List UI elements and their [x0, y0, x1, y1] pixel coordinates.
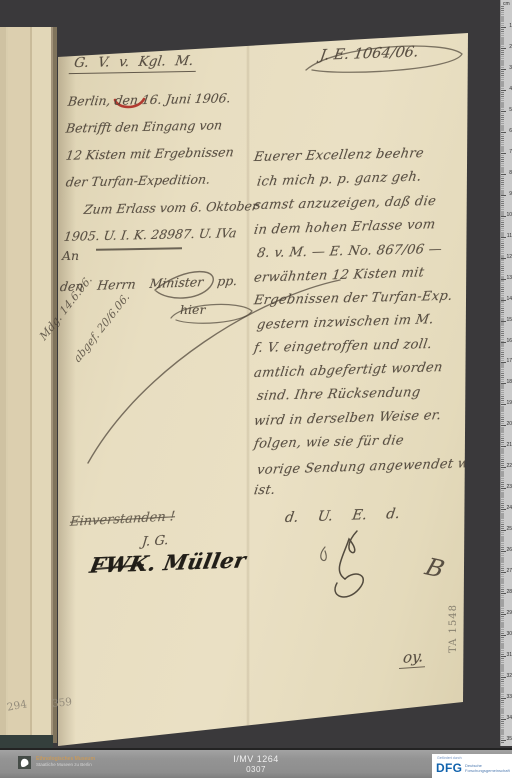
- letter-body-line: ich mich p. p. ganz geh.: [256, 169, 423, 189]
- ruler-cm-number: 18: [501, 380, 512, 385]
- ruler-cm-number: 11: [501, 234, 512, 239]
- museum-text: Ethnologisches Museum Staatliche Museen …: [36, 756, 95, 768]
- address-line-an: An: [62, 248, 79, 263]
- ruler-cm-number: 9: [501, 192, 512, 197]
- museum-org: Staatliche Museen zu Berlin: [36, 762, 95, 768]
- ruler-cm-number: 14: [501, 297, 512, 302]
- museum-logo-icon: [18, 756, 31, 769]
- ruler-cm-number: 24: [501, 506, 512, 511]
- ruler-cm-number: 31: [501, 653, 512, 658]
- letter-body-line: sind. Ihre Rücksendung: [256, 385, 422, 404]
- ruler-cm-number: 27: [501, 569, 512, 574]
- ruler-cm-number: 15: [501, 318, 512, 323]
- letter-body-line: samst anzuzeigen, daß die: [253, 194, 437, 213]
- ruler-cm-number: 6: [501, 129, 512, 134]
- left-column-line: Betrifft den Eingang von: [65, 117, 223, 135]
- ruler-cm-number: 23: [501, 485, 512, 490]
- left-column-line: Zum Erlass vom 6. Oktober: [83, 198, 259, 217]
- bottom-initial-mark: oy.: [399, 647, 427, 669]
- manuscript-page: 4 J. E. 1064/06. G. V. v. Kgl. M. Berlin…: [58, 30, 468, 746]
- pencil-folio-right: 359: [51, 696, 72, 710]
- ruler-cm-number: 33: [501, 695, 512, 700]
- letter-body-line: 8. v. M. — E. No. 867/06 —: [256, 241, 443, 260]
- ruler-cm-number: 16: [501, 339, 512, 344]
- signature: FWK. Müller: [88, 547, 249, 578]
- ruler-cm-number: 12: [501, 255, 512, 260]
- left-column-line: Berlin, den 16. Juni 1906.: [67, 90, 232, 108]
- footer-bar: Ethnologisches Museum Staatliche Museen …: [0, 748, 512, 778]
- approval-note: Einverstanden !: [69, 509, 175, 530]
- left-column-line: 1905. U. I. K. 28987. U. IVa: [63, 225, 238, 244]
- journal-reference: J. E. 1064/06.: [319, 44, 420, 64]
- letter-body-line: vorige Sendung angewendet worden: [256, 455, 510, 478]
- ruler-cm-number: 30: [501, 632, 512, 637]
- ruler-cm-number: 20: [501, 422, 512, 427]
- pencil-side-code: TA 1548: [448, 607, 459, 653]
- ruler-cm-number: 29: [501, 611, 512, 616]
- ruler-cm-number: 25: [501, 527, 512, 532]
- dfg-logo-block: Gefördert durch DFG Deutsche Forschungsg…: [432, 754, 512, 778]
- left-column-header: G. V. v. Kgl. M.: [69, 53, 199, 74]
- letter-body-line: wird in derselben Weise er.: [253, 408, 442, 429]
- book-cover-edge: [0, 735, 53, 748]
- left-column-divider: [96, 247, 182, 250]
- ruler-cm-number: 10: [501, 213, 512, 218]
- ruler-cm-number: 13: [501, 276, 512, 281]
- ruler-cm-number: 22: [501, 464, 512, 469]
- letter-body-line: gestern inzwischen im M.: [256, 312, 435, 333]
- ruler-cm-number: 4: [501, 87, 512, 92]
- ruler-cm-number: 5: [501, 108, 512, 113]
- ruler-cm-number: 3: [501, 66, 512, 71]
- dfg-org-line2: Forschungsgemeinschaft: [465, 768, 510, 773]
- letter-body-line: amtlich abgefertigt worden: [253, 360, 444, 381]
- ruler-cm-number: 7: [501, 150, 512, 155]
- ruler: cm 1234567891011121314151617181920212223…: [500, 0, 512, 746]
- ruler-cm-number: 2: [501, 45, 512, 50]
- ruler-cm-number: 17: [501, 359, 512, 364]
- pencil-page-number: 4: [245, 34, 253, 48]
- letter-body-line: Euerer Excellenz beehre: [253, 146, 425, 165]
- letter-body-line: folgen, wie sie für die: [253, 433, 405, 451]
- archival-scan-viewer: 4 J. E. 1064/06. G. V. v. Kgl. M. Berlin…: [0, 0, 512, 778]
- closing-formula: d. U. E. d.: [284, 506, 401, 526]
- museum-branding: Ethnologisches Museum Staatliche Museen …: [18, 756, 95, 769]
- letter-body-line: f. V. eingetroffen und zoll.: [253, 337, 433, 356]
- dfg-logo: DFG: [436, 761, 462, 775]
- ruler-unit-label: cm: [503, 1, 510, 7]
- ruler-cm-number: 34: [501, 716, 512, 721]
- paraph-mark: B: [422, 553, 448, 583]
- approval-initials: J. G.: [141, 533, 169, 550]
- ruler-cm-number: 26: [501, 548, 512, 553]
- letter-body-line: in dem hohen Erlasse vom: [253, 217, 436, 238]
- left-column-line: 12 Kisten mit Ergebnissen: [65, 144, 235, 163]
- shelfmark-block: I/MV 1264 0307: [156, 754, 356, 775]
- ruler-cm-number: 1: [501, 24, 512, 29]
- ruler-cm-number: 19: [501, 401, 512, 406]
- shelfmark: I/MV 1264: [156, 754, 356, 765]
- ruler-cm-number: 21: [501, 443, 512, 448]
- scan-number: 0307: [156, 765, 356, 775]
- dfg-funded-by: Gefördert durch: [437, 756, 462, 760]
- ruler-cm-number: 32: [501, 674, 512, 679]
- dfg-org-name: Deutsche Forschungsgemeinschaft: [465, 763, 510, 773]
- letter-body-line: Ergebnissen der Turfan-Exp.: [253, 289, 454, 309]
- address-line-hier: hier: [180, 302, 205, 317]
- signature-paraph: [295, 525, 405, 611]
- letter-body-line: ist.: [253, 482, 277, 498]
- ruler-cm-number: 28: [501, 590, 512, 595]
- book-page-edges: [0, 27, 57, 743]
- ruler-cm-number: 8: [501, 171, 512, 176]
- left-column-line: der Turfan-Expedition.: [65, 171, 211, 189]
- letter-body-line: erwähnten 12 Kisten mit: [253, 265, 425, 285]
- ruler-cm-number: 35: [501, 737, 512, 742]
